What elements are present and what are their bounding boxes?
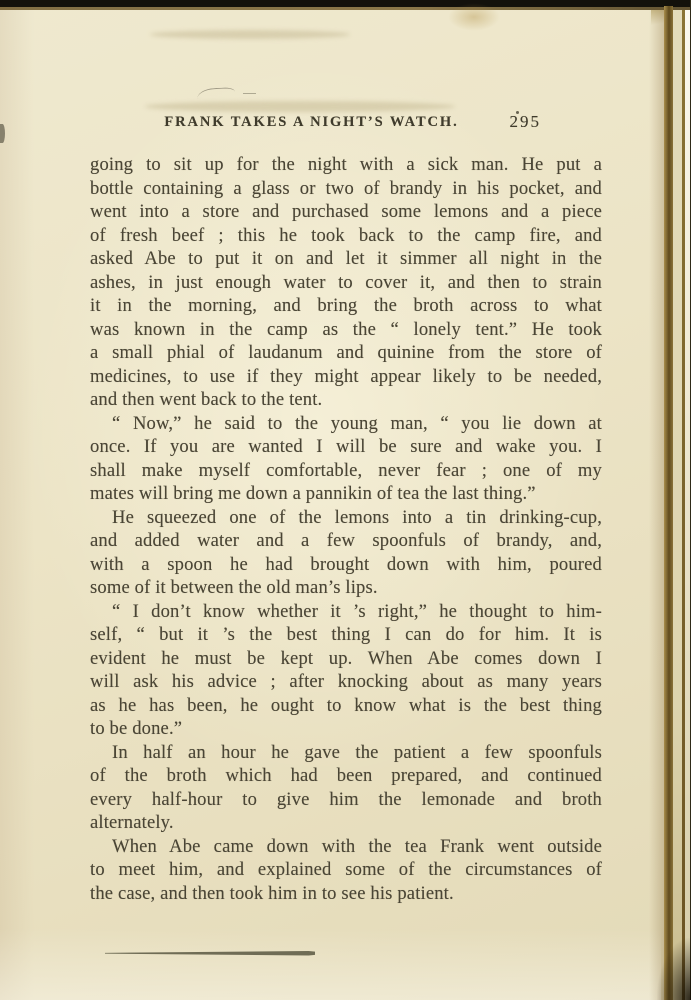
- text-line: going to sit up for the night with a sic…: [90, 153, 602, 177]
- text-line: was known in the camp as the “ lonely te…: [90, 318, 602, 342]
- bottom-light-band: [0, 928, 661, 1000]
- text-line: went into a store and purchased some lem…: [90, 200, 602, 224]
- text-line: to be done.”: [90, 717, 602, 741]
- running-header: FRANK TAKES A NIGHT’S WATCH. 295: [0, 114, 691, 136]
- text-line: evident he must be kept up. When Abe com…: [90, 647, 602, 671]
- text-block: going to sit up for the night with a sic…: [90, 153, 602, 905]
- text-line: mates will bring me down a pannikin of t…: [90, 482, 602, 506]
- text-line: “ Now,” he said to the young man, “ you …: [90, 412, 602, 436]
- adjacent-page-edge: [673, 10, 682, 1000]
- text-line: He squeezed one of the lemons into a tin…: [90, 506, 602, 530]
- scan-top-black-edge: [0, 0, 691, 7]
- pencil-dash-mark: [243, 93, 256, 94]
- page-number: 295: [510, 112, 542, 132]
- text-line: of the broth which had been prepared, an…: [90, 764, 602, 788]
- text-line: and then went back to the tent.: [90, 388, 602, 412]
- text-line: In half an hour he gave the patient a fe…: [90, 741, 602, 765]
- paper-stain: [448, 3, 500, 31]
- text-line: to meet him, and explained some of the c…: [90, 858, 602, 882]
- book-edge-brown-strip: [664, 6, 673, 1000]
- chapter-running-title: FRANK TAKES A NIGHT’S WATCH.: [0, 114, 691, 131]
- paper-smudge: [145, 101, 455, 112]
- text-line: it in the morning, and bring the broth a…: [90, 294, 602, 318]
- page-curl-shadow: [649, 8, 665, 1000]
- scanned-book-page: FRANK TAKES A NIGHT’S WATCH. 295 going t…: [0, 0, 691, 1000]
- text-line: some of it between the old man’s lips.: [90, 576, 602, 600]
- text-line: once. If you are wanted I will be sure a…: [90, 435, 602, 459]
- bottom-right-dark-corner: [657, 938, 691, 1000]
- text-line: as he has been, he ought to know what is…: [90, 694, 602, 718]
- text-line: asked Abe to put it on and let it simmer…: [90, 247, 602, 271]
- text-line: shall make myself comfortable, never fea…: [90, 459, 602, 483]
- text-line: every half-hour to give him the lemonade…: [90, 788, 602, 812]
- paper-smudge: [150, 30, 350, 39]
- scan-top-brown-line: [0, 7, 691, 10]
- text-line: with a spoon he had brought down with hi…: [90, 553, 602, 577]
- text-line: self, “ but it ’s the best thing I can d…: [90, 623, 602, 647]
- text-line: bottle containing a glass or two of bran…: [90, 177, 602, 201]
- text-line: ashes, in just enough water to cover it,…: [90, 271, 602, 295]
- text-line: When Abe came down with the tea Frank we…: [90, 835, 602, 859]
- text-line: medicines, to use if they might appear l…: [90, 365, 602, 389]
- left-edge-shading: [0, 0, 34, 1000]
- text-line: “ I don’t know whether it ’s right,” he …: [90, 600, 602, 624]
- text-line: and added water and a few spoonfuls of b…: [90, 529, 602, 553]
- text-line: will ask his advice ; after knocking abo…: [90, 670, 602, 694]
- text-line: a small phial of laudanum and quinine fr…: [90, 341, 602, 365]
- text-line: the case, and then took him in to see hi…: [90, 882, 602, 906]
- text-line: alternately.: [90, 811, 602, 835]
- text-line: of fresh beef ; this he took back to the…: [90, 224, 602, 248]
